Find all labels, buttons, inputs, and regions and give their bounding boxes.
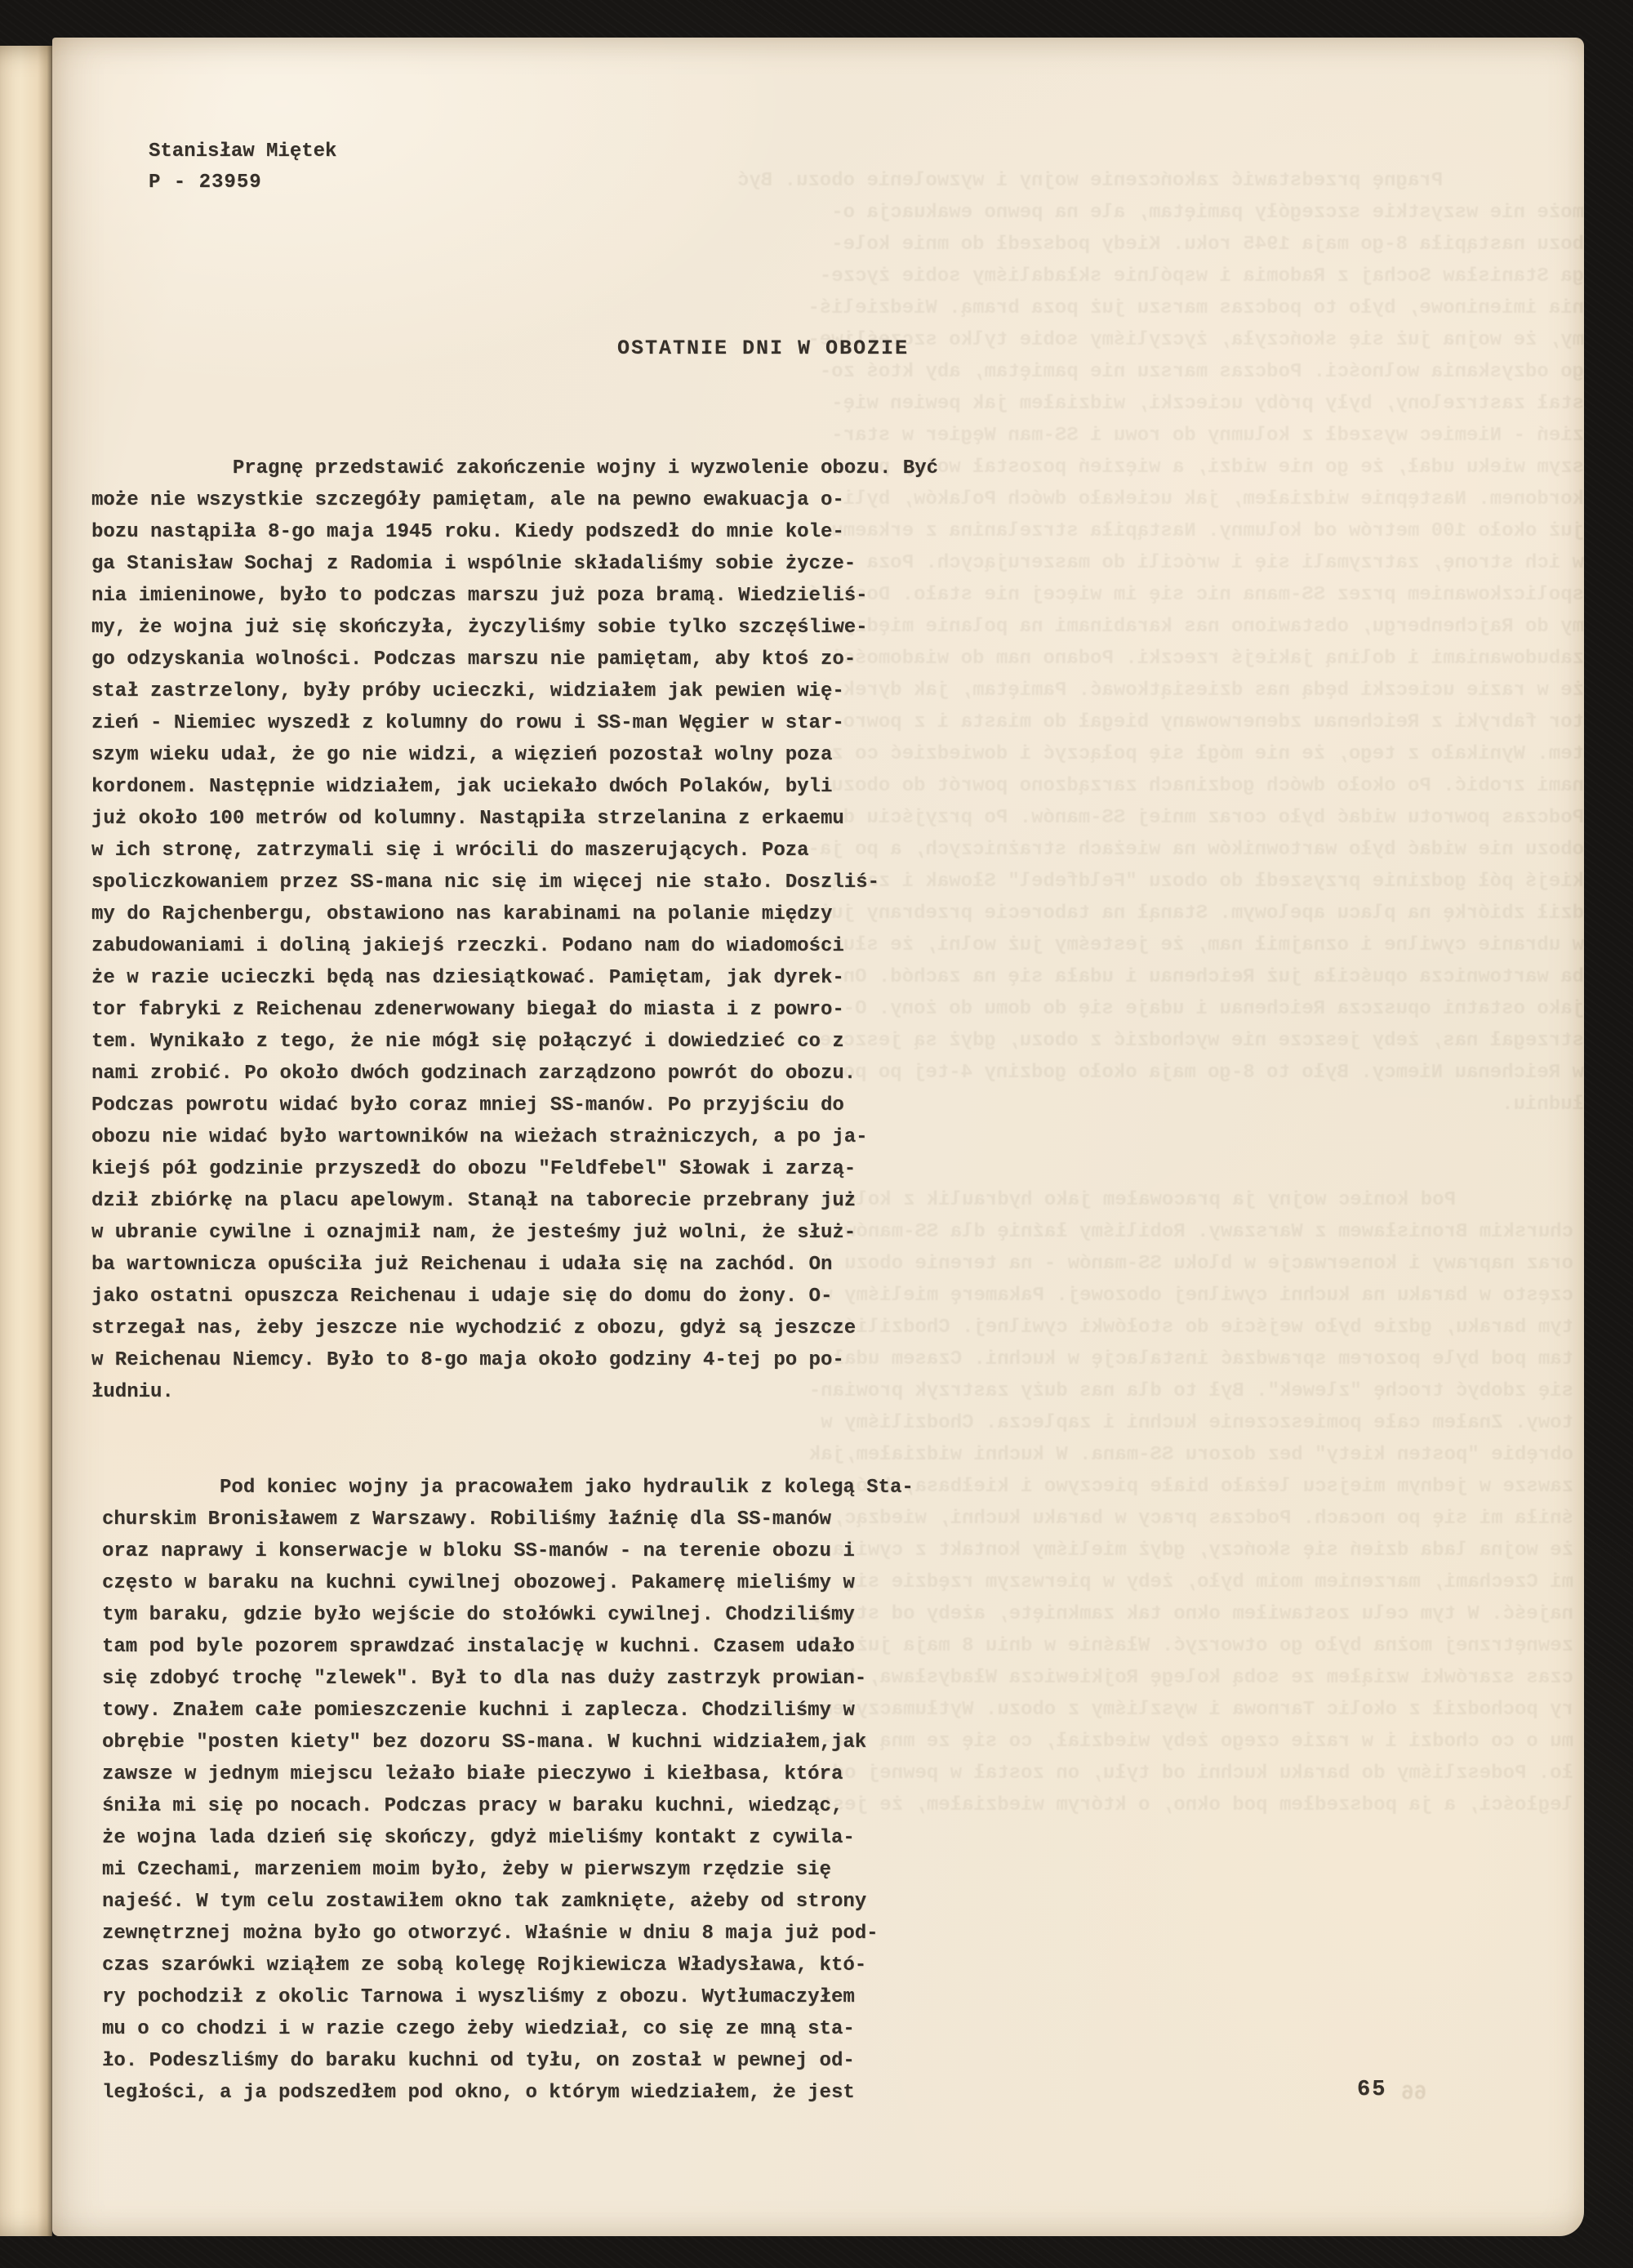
verso-page-number: 66: [1401, 2081, 1426, 2105]
author-name: Stanisław Miętek: [149, 137, 336, 167]
book-page: Pragnę przedstawić zakończenie wojny i w…: [52, 38, 1584, 2236]
prisoner-number: P - 23959: [149, 168, 262, 198]
page-title: OSTATNIE DNI W OBOZIE: [617, 336, 909, 360]
book-fore-edge-strip: [0, 46, 52, 2236]
photo-background: { "document": { "author": "Stanisław Mię…: [0, 0, 1633, 2268]
paragraph: Pod koniec wojny ja pracowałem jako hydr…: [91, 1472, 938, 2109]
page-number: 65: [1357, 2078, 1386, 2102]
body-text: Pragnę przedstawić zakończenie wojny i w…: [91, 389, 938, 2172]
paragraph: Pragnę przedstawić zakończenie wojny i w…: [91, 452, 938, 1408]
